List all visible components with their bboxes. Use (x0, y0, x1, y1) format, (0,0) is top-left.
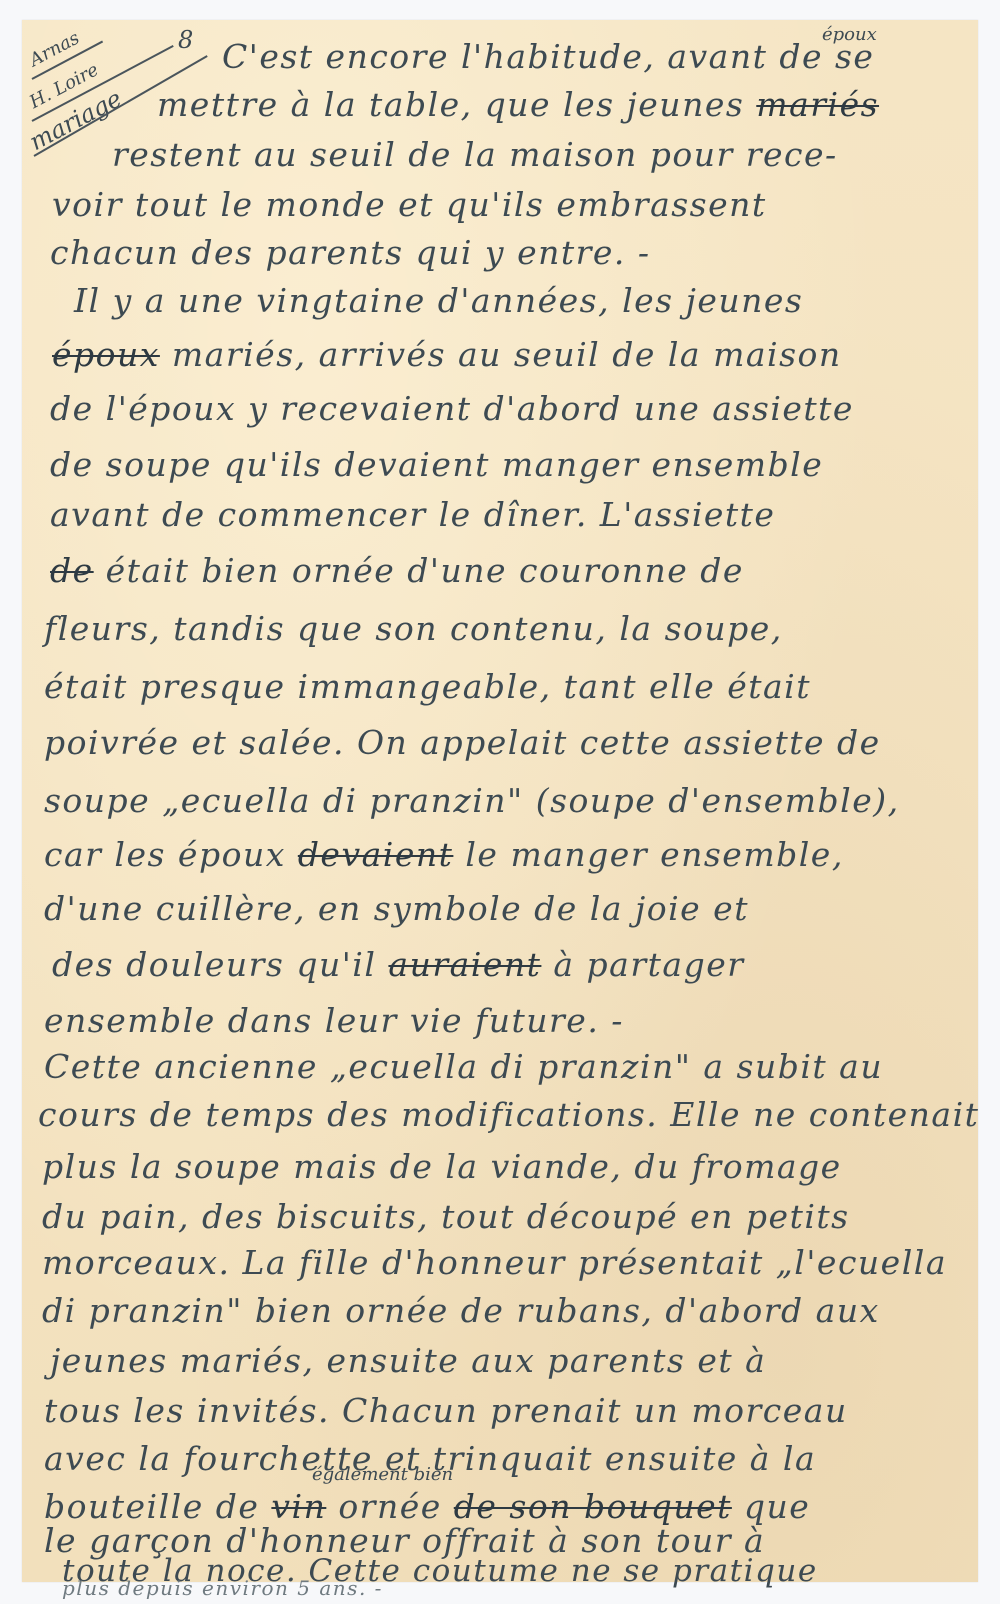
text-line: des douleurs qu'il auraient à partager (52, 948, 745, 981)
line-text: tous les invités. Chacun prenait un morc… (44, 1391, 848, 1430)
line-text: était presque immangeable, tant elle éta… (44, 667, 811, 706)
line-text: plus la soupe mais de la viande, du from… (42, 1147, 842, 1186)
struck-word: devaient (298, 835, 454, 874)
text-line: de était bien ornée d'une couronne de (50, 554, 744, 587)
line-text: d'une cuillère, en symbole de la joie et (44, 889, 749, 928)
struck-word: époux (52, 335, 160, 374)
text-line: plus depuis environ 5 ans. - (62, 1578, 383, 1598)
line-text: ensemble dans leur vie future. - (44, 1001, 624, 1040)
text-line: époux mariés, arrivés au seuil de la mai… (52, 338, 842, 371)
text-line: jeunes mariés, ensuite aux parents et à (50, 1344, 766, 1377)
text-line: poivrée et salée. On appelait cette assi… (44, 726, 881, 759)
line-text: fleurs, tandis que son contenu, la soupe… (44, 609, 783, 648)
text-line: C'est encore l'habitude, avant de se (222, 40, 874, 73)
line-text: C'est encore l'habitude, avant de se (222, 37, 874, 76)
line-text: cours de temps des modifications. Elle n… (38, 1095, 979, 1134)
text-line: de soupe qu'ils devaient manger ensemble (50, 448, 823, 481)
line-text: de l'époux y recevaient d'abord une assi… (50, 389, 854, 428)
text-line: mettre à la table, que les jeunes mariés (157, 88, 879, 121)
text-line: avant de commencer le dîner. L'assiette (50, 498, 775, 531)
text-line: Il y a une vingtaine d'années, les jeune… (74, 284, 803, 317)
text-line: ensemble dans leur vie future. - (44, 1004, 624, 1037)
line-text: mettre à la table, que les jeunes (157, 85, 756, 124)
text-line: bouteille de vin ornée de son bouquet qu… (44, 1490, 810, 1523)
line-text: des douleurs qu'il (52, 945, 388, 984)
line-text: di pranzin" bien ornée de rubans, d'abor… (42, 1291, 880, 1330)
text-line: était presque immangeable, tant elle éta… (44, 670, 811, 703)
struck-word: auraient (388, 945, 541, 984)
text-line: cours de temps des modifications. Elle n… (38, 1098, 979, 1131)
line-text: car les époux (44, 835, 298, 874)
struck-word: mariés (756, 85, 879, 124)
text-line: de l'époux y recevaient d'abord une assi… (50, 392, 854, 425)
line-text: le manger ensemble, (453, 835, 843, 874)
line-text: voir tout le monde et qu'ils embrassent (52, 185, 767, 224)
text-line: di pranzin" bien ornée de rubans, d'abor… (42, 1294, 880, 1327)
line-text: Cette ancienne „ecuella di pranzin" a su… (44, 1047, 883, 1086)
text-line: Cette ancienne „ecuella di pranzin" a su… (44, 1050, 883, 1083)
line-text: morceaux. La fille d'honneur présentait … (42, 1243, 947, 1282)
line-text: mariés, arrivés au seuil de la maison (160, 335, 842, 374)
line-text: poivrée et salée. On appelait cette assi… (44, 723, 881, 762)
insertion-above: également bien (312, 1464, 453, 1485)
struck-word: de (50, 551, 94, 590)
manuscript-page: Arnas H. Loire mariage 8 C'est encore l'… (22, 20, 978, 1582)
text-line: morceaux. La fille d'honneur présentait … (42, 1246, 947, 1279)
text-line: chacun des parents qui y entre. - (50, 236, 651, 269)
text-line: restent au seuil de la maison pour rece- (112, 138, 838, 171)
line-text: restent au seuil de la maison pour rece- (112, 135, 838, 174)
line-text: du pain, des biscuits, tout découpé en p… (42, 1197, 850, 1236)
line-text: avant de commencer le dîner. L'assiette (50, 495, 775, 534)
line-text: à partager (541, 945, 744, 984)
text-line: plus la soupe mais de la viande, du from… (42, 1150, 842, 1183)
text-line: du pain, des biscuits, tout découpé en p… (42, 1200, 850, 1233)
insertion-above: époux (822, 24, 877, 45)
line-text: plus depuis environ 5 ans. - (62, 1576, 383, 1600)
line-text: jeunes mariés, ensuite aux parents et à (50, 1341, 766, 1380)
text-line: d'une cuillère, en symbole de la joie et (44, 892, 749, 925)
line-text: était bien ornée d'une couronne de (94, 551, 744, 590)
text-line: soupe „ecuella di pranzin" (soupe d'ense… (44, 784, 900, 817)
line-text: soupe „ecuella di pranzin" (soupe d'ense… (44, 781, 900, 820)
line-text: chacun des parents qui y entre. - (50, 233, 651, 272)
text-line: car les époux devaient le manger ensembl… (44, 838, 844, 871)
text-line: voir tout le monde et qu'ils embrassent (52, 188, 767, 221)
line-text: Il y a une vingtaine d'années, les jeune… (74, 281, 803, 320)
line-text: de soupe qu'ils devaient manger ensemble (50, 445, 823, 484)
page-number: 8 (178, 26, 193, 54)
text-line: tous les invités. Chacun prenait un morc… (44, 1394, 848, 1427)
text-line: fleurs, tandis que son contenu, la soupe… (44, 612, 783, 645)
